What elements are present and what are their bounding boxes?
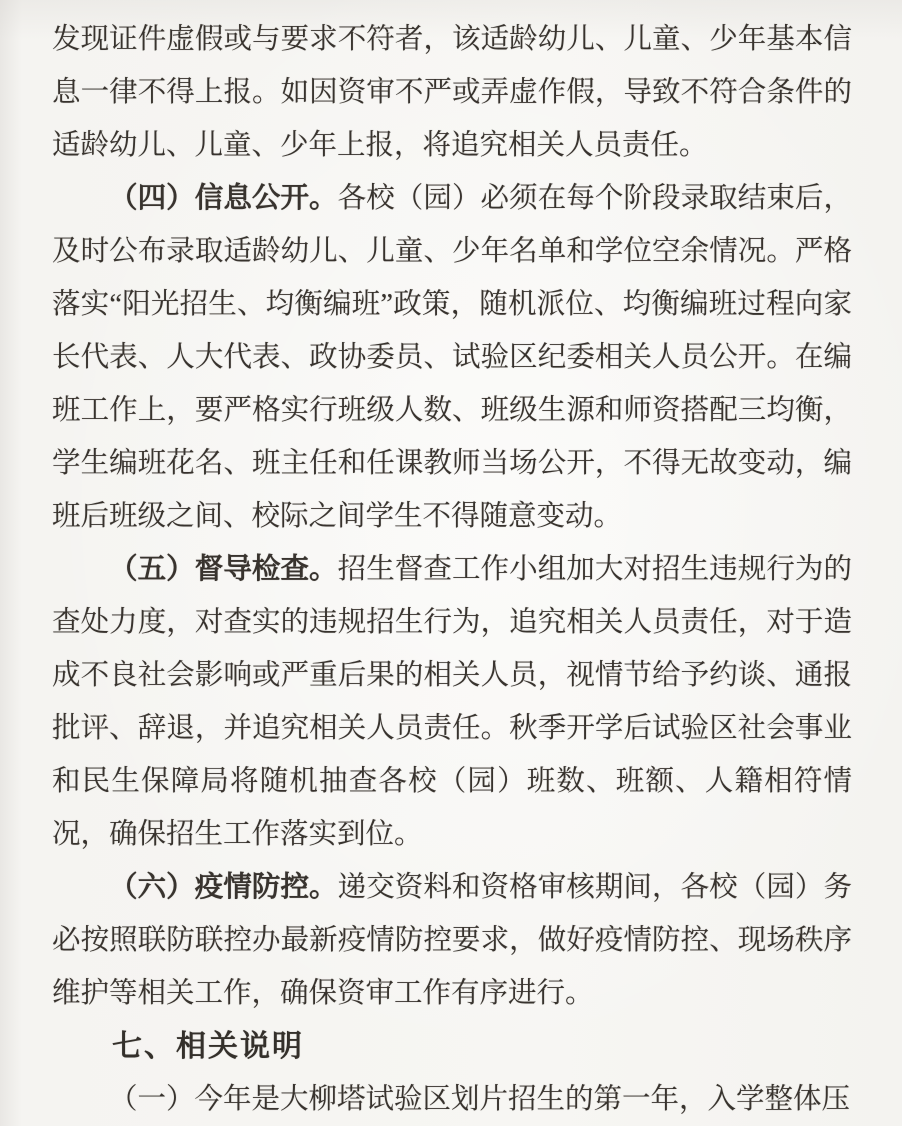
paragraph-lead: （六）疫情防控。 <box>109 872 338 903</box>
paragraph-section-4-information-disclosure: （四）信息公开。各校（园）必须在每个阶段录取结束后，及时公布录取适龄幼儿、儿童、… <box>52 172 852 543</box>
heading-text: 七、相关说明 <box>112 1030 304 1063</box>
document-page: 发现证件虚假或与要求不符者，该适龄幼儿、儿童、少年基本信息一律不得上报。如因资审… <box>0 0 902 1126</box>
paragraph-section-6-epidemic-prevention: （六）疫情防控。递交资料和资格审核期间，各校（园）务必按照联防联控办最新疫情防控… <box>52 861 852 1020</box>
paragraph-continuation: 发现证件虚假或与要求不符者，该适龄幼儿、儿童、少年基本信息一律不得上报。如因资审… <box>52 13 852 172</box>
paragraph-text: 招生督查工作小组加大对招生违规行为的查处力度，对查实的违规招生行为，追究相关人员… <box>52 554 852 850</box>
paragraph-lead: （五）督导检查。 <box>109 554 338 585</box>
paragraph-note-1-truncated: （一）今年是大柳塔试验区划片招生的第一年，入学整体压 <box>52 1073 852 1126</box>
section-heading-related-notes: 七、相关说明 <box>52 1020 852 1073</box>
paragraph-text: 各校（园）必须在每个阶段录取结束后，及时公布录取适龄幼儿、儿童、少年名单和学位空… <box>52 183 852 532</box>
paragraph-text: 发现证件虚假或与要求不符者，该适龄幼儿、儿童、少年基本信息一律不得上报。如因资审… <box>52 24 852 161</box>
paragraph-lead: （四）信息公开。 <box>109 183 338 214</box>
document-body: 发现证件虚假或与要求不符者，该适龄幼儿、儿童、少年基本信息一律不得上报。如因资审… <box>52 0 852 1126</box>
paragraph-text: （一）今年是大柳塔试验区划片招生的第一年，入学整体压 <box>109 1084 850 1115</box>
paragraph-section-5-supervision-inspection: （五）督导检查。招生督查工作小组加大对招生违规行为的查处力度，对查实的违规招生行… <box>52 543 852 861</box>
